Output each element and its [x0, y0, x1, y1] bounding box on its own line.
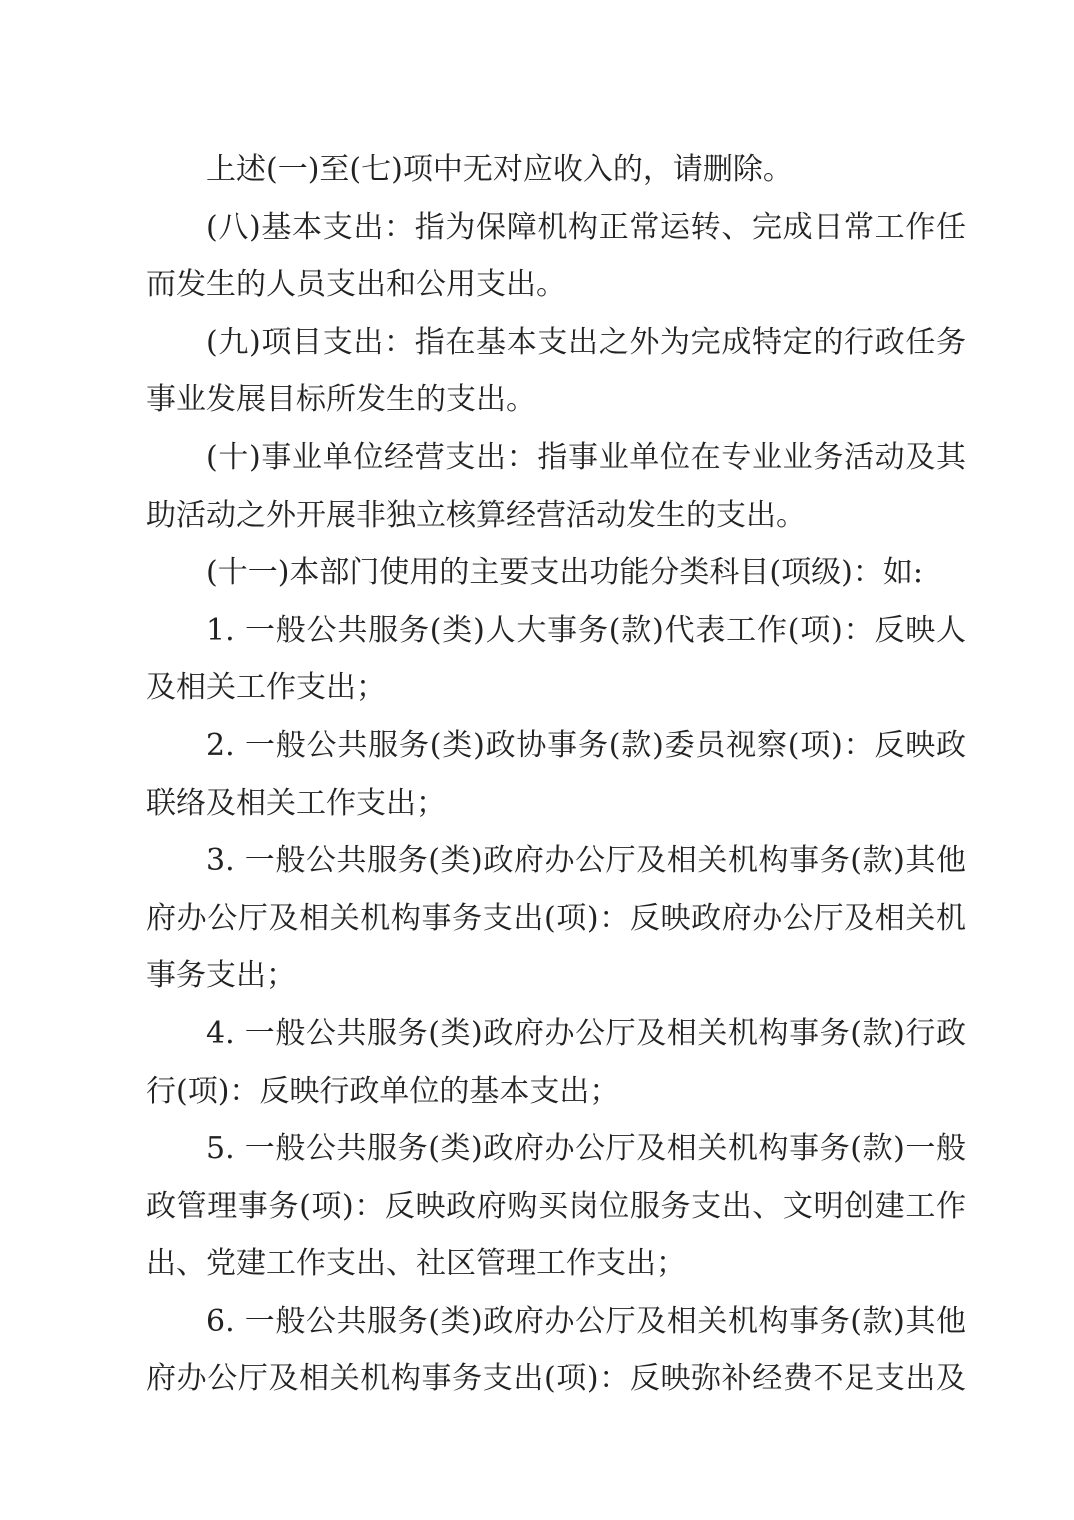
text-line: 联络及相关工作支出；	[146, 775, 966, 833]
text-line: 出、党建工作支出、社区管理工作支出；	[146, 1235, 966, 1293]
text-line: 政管理事务(项)：反映政府购买岗位服务支出、文明创建工作支	[146, 1178, 966, 1236]
text-line: 4. 一般公共服务(类)政府办公厅及相关机构事务(款)行政运	[146, 1005, 966, 1063]
text-line: 府办公厅及相关机构事务支出(项)：反映政府办公厅及相关机构	[146, 890, 966, 948]
text-lines: 上述(一)至(七)项中无对应收入的，请删除。(八)基本支出：指为保障机构正常运转…	[146, 141, 966, 1408]
text-line: (十一)本部门使用的主要支出功能分类科目(项级)：如:	[146, 544, 966, 602]
text-line: 而发生的人员支出和公用支出。	[146, 256, 966, 314]
text-line: 事业发展目标所发生的支出。	[146, 371, 966, 429]
text-line: 事务支出；	[146, 947, 966, 1005]
text-line: (八)基本支出：指为保障机构正常运转、完成日常工作任务	[146, 199, 966, 257]
text-line: (九)项目支出：指在基本支出之外为完成特定的行政任务和	[146, 314, 966, 372]
text-line: 2. 一般公共服务(类)政协事务(款)委员视察(项)：反映政协	[146, 717, 966, 775]
text-line: (十)事业单位经营支出：指事业单位在专业业务活动及其辅	[146, 429, 966, 487]
text-line: 5. 一般公共服务(类)政府办公厅及相关机构事务(款)一般行	[146, 1120, 966, 1178]
text-line: 1. 一般公共服务(类)人大事务(款)代表工作(项)：反映人大	[146, 602, 966, 660]
text-line: 助活动之外开展非独立核算经营活动发生的支出。	[146, 487, 966, 545]
text-line: 3. 一般公共服务(类)政府办公厅及相关机构事务(款)其他政	[146, 832, 966, 890]
text-line: 及相关工作支出；	[146, 659, 966, 717]
text-line: 府办公厅及相关机构事务支出(项)：反映弥补经费不足支出及市	[146, 1350, 966, 1408]
text-line: 6. 一般公共服务(类)政府办公厅及相关机构事务(款)其他政	[146, 1293, 966, 1351]
document-page: 上述(一)至(七)项中无对应收入的，请删除。(八)基本支出：指为保障机构正常运转…	[0, 0, 1074, 1520]
text-line: 行(项)：反映行政单位的基本支出；	[146, 1063, 966, 1121]
text-line: 上述(一)至(七)项中无对应收入的，请删除。	[146, 141, 966, 199]
